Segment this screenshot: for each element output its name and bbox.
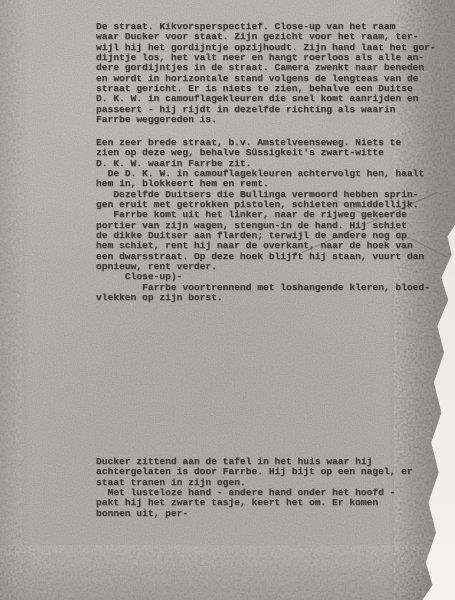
typewritten-text-layer: De straat. Kikvorsperspectief. Close-up …	[0, 0, 455, 600]
paragraph-chase-shootout: Een zeer brede straat, b.v. Amstelveense…	[96, 138, 430, 304]
paragraph-ducker-at-table: Ducker zittend aan de tafel in het huis …	[96, 457, 413, 519]
paragraph-street-closeup: De straat. Kikvorsperspectief. Close-up …	[96, 22, 436, 125]
scanned-document-page: De straat. Kikvorsperspectief. Close-up …	[0, 0, 455, 600]
